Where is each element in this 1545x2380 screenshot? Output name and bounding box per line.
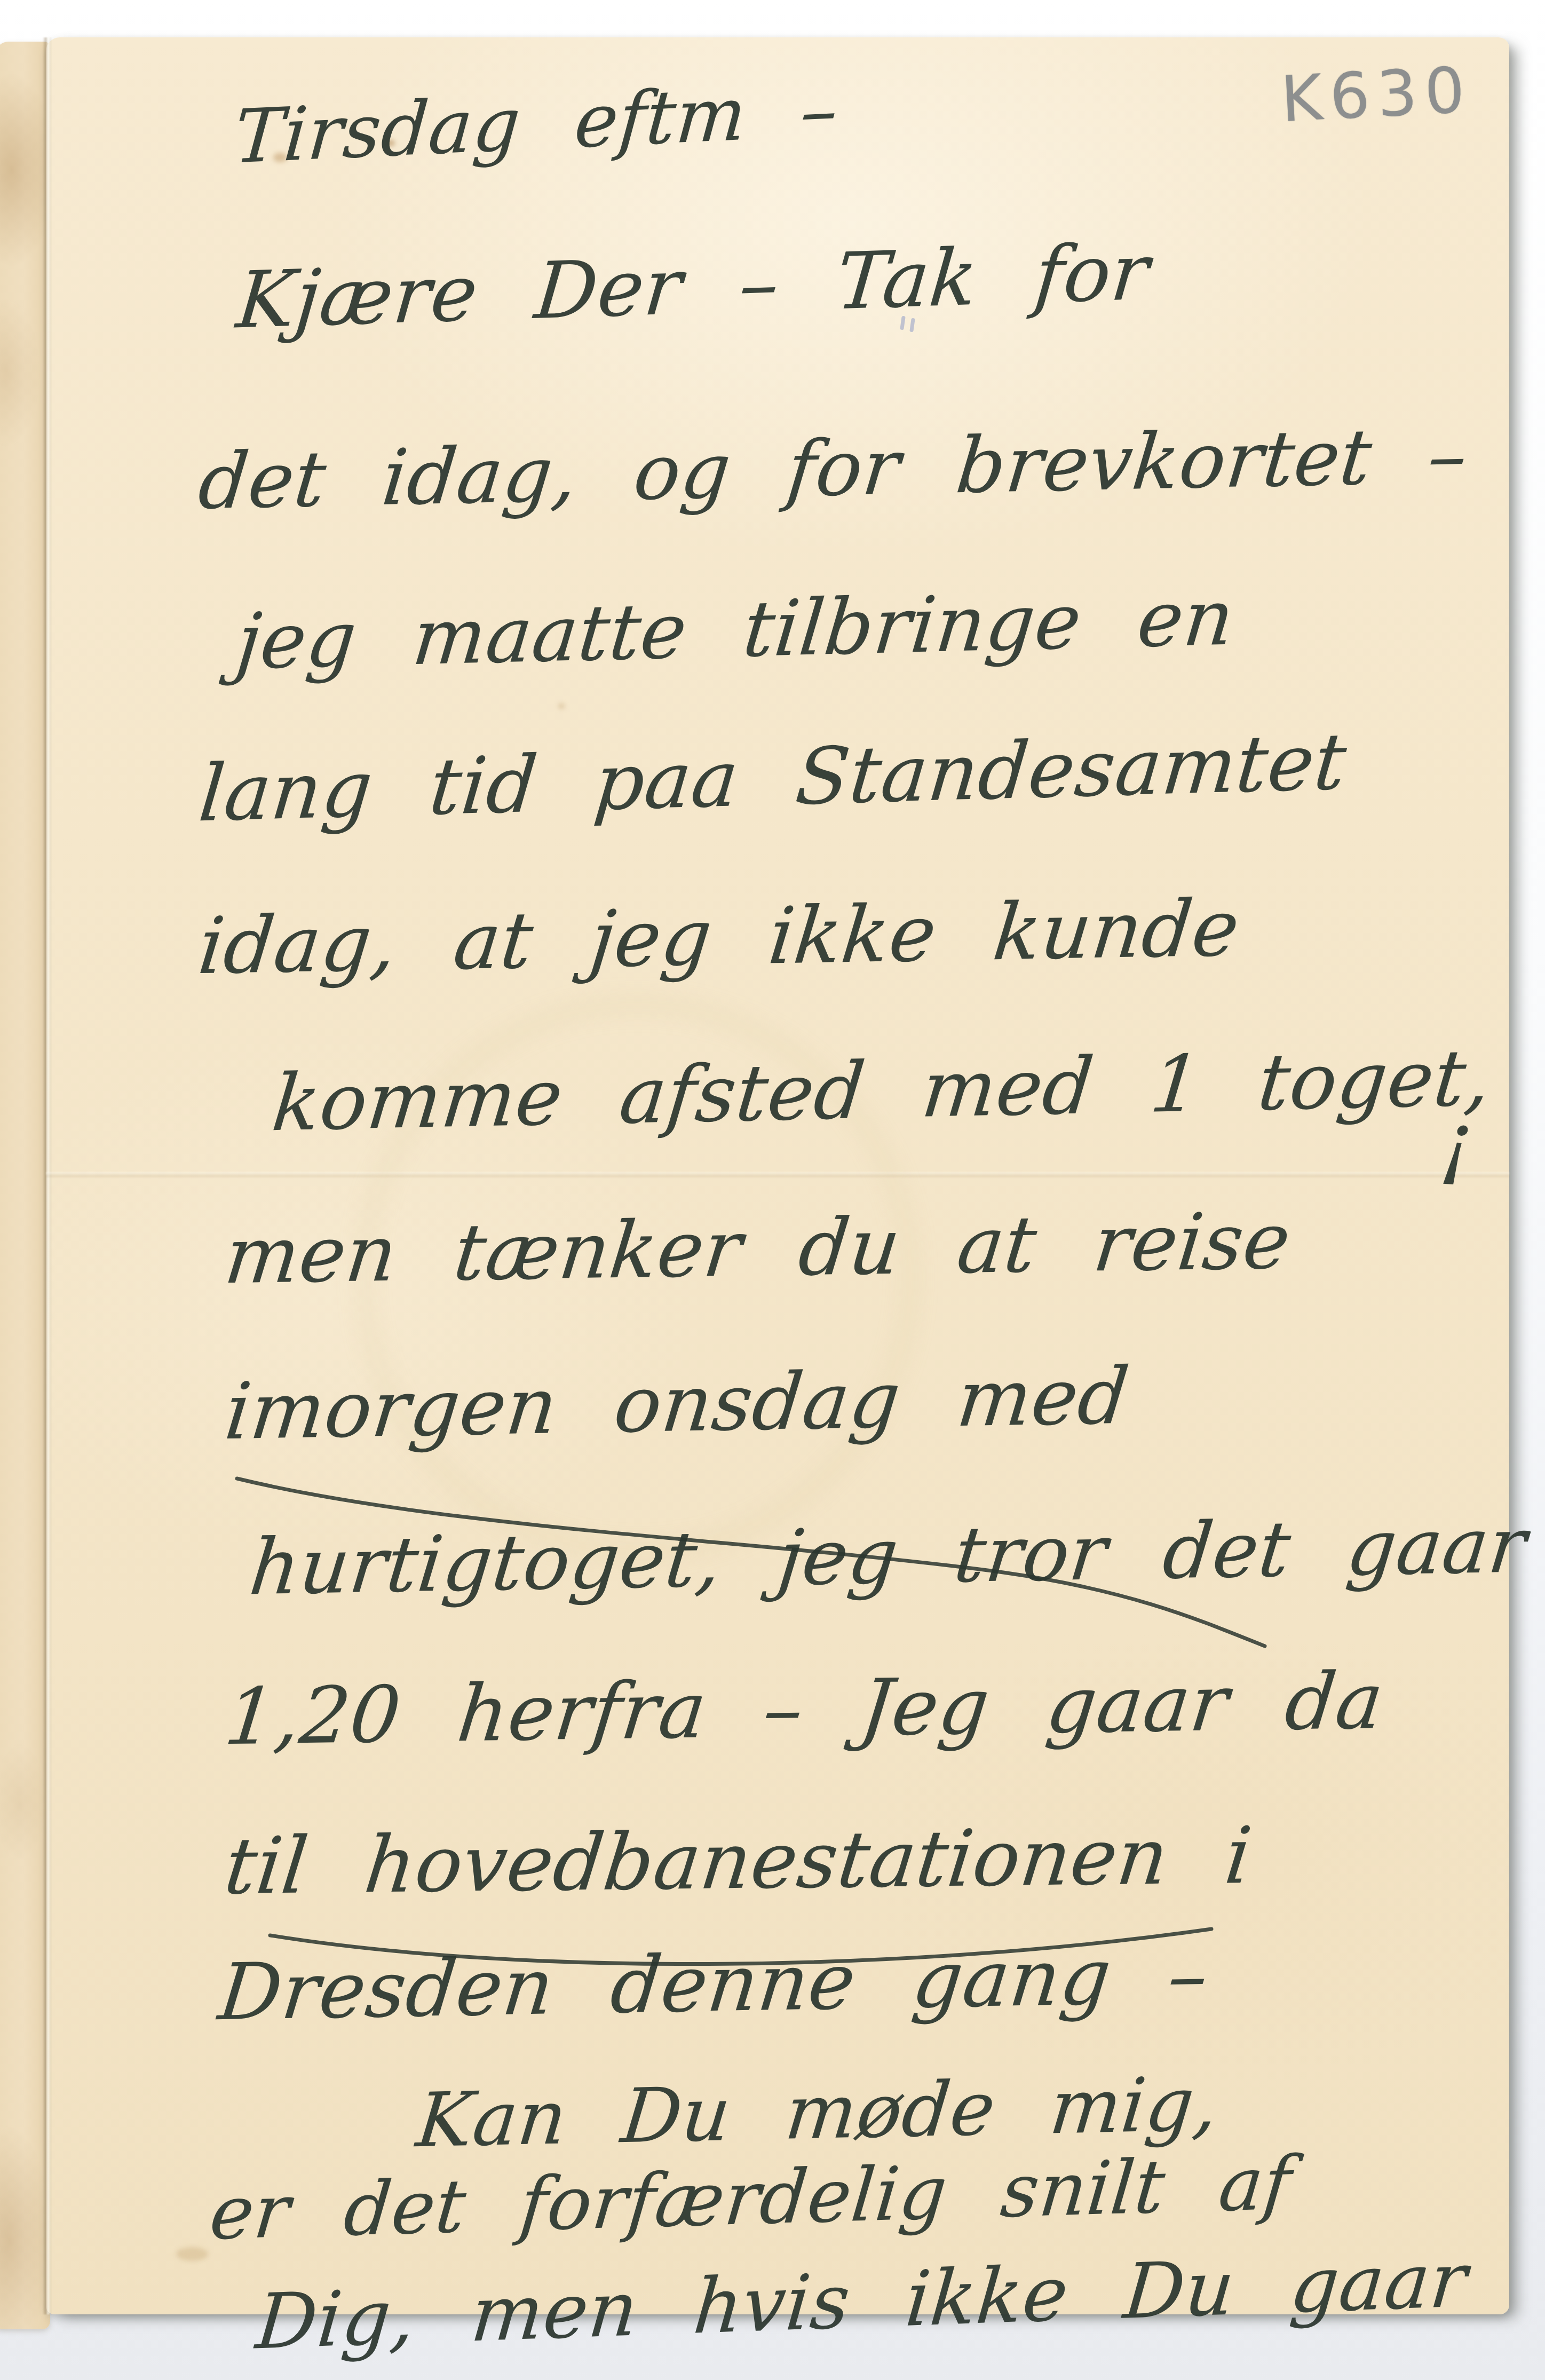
age-spot — [176, 2247, 208, 2261]
underline-flourish-imorgen-onsdag — [224, 1460, 1292, 1663]
age-spot — [558, 703, 565, 709]
letter-line: imorgen onsdag med — [221, 1350, 1133, 1457]
underline-flourish-hovedbanestationen — [251, 1901, 1265, 1992]
scanned-letter-page: { "letter": { "catalog_number": "K630", … — [0, 0, 1545, 2380]
letter-line: idag, at jeg ikke kunde — [194, 883, 1243, 992]
margin-punctuation-mark: ¡ — [1438, 1095, 1477, 1190]
letter-line: til hovedbanestationen i — [220, 1810, 1256, 1912]
letter-line: men tænker du at reise — [221, 1196, 1295, 1301]
letter-line: 1,20 herfra – Jeg gaar da — [221, 1656, 1388, 1763]
scan-background: K630 Tirsdag eftm – Kjære Der – Tak for … — [0, 0, 1545, 2380]
catalog-number-pencil: K630 — [1279, 53, 1474, 137]
